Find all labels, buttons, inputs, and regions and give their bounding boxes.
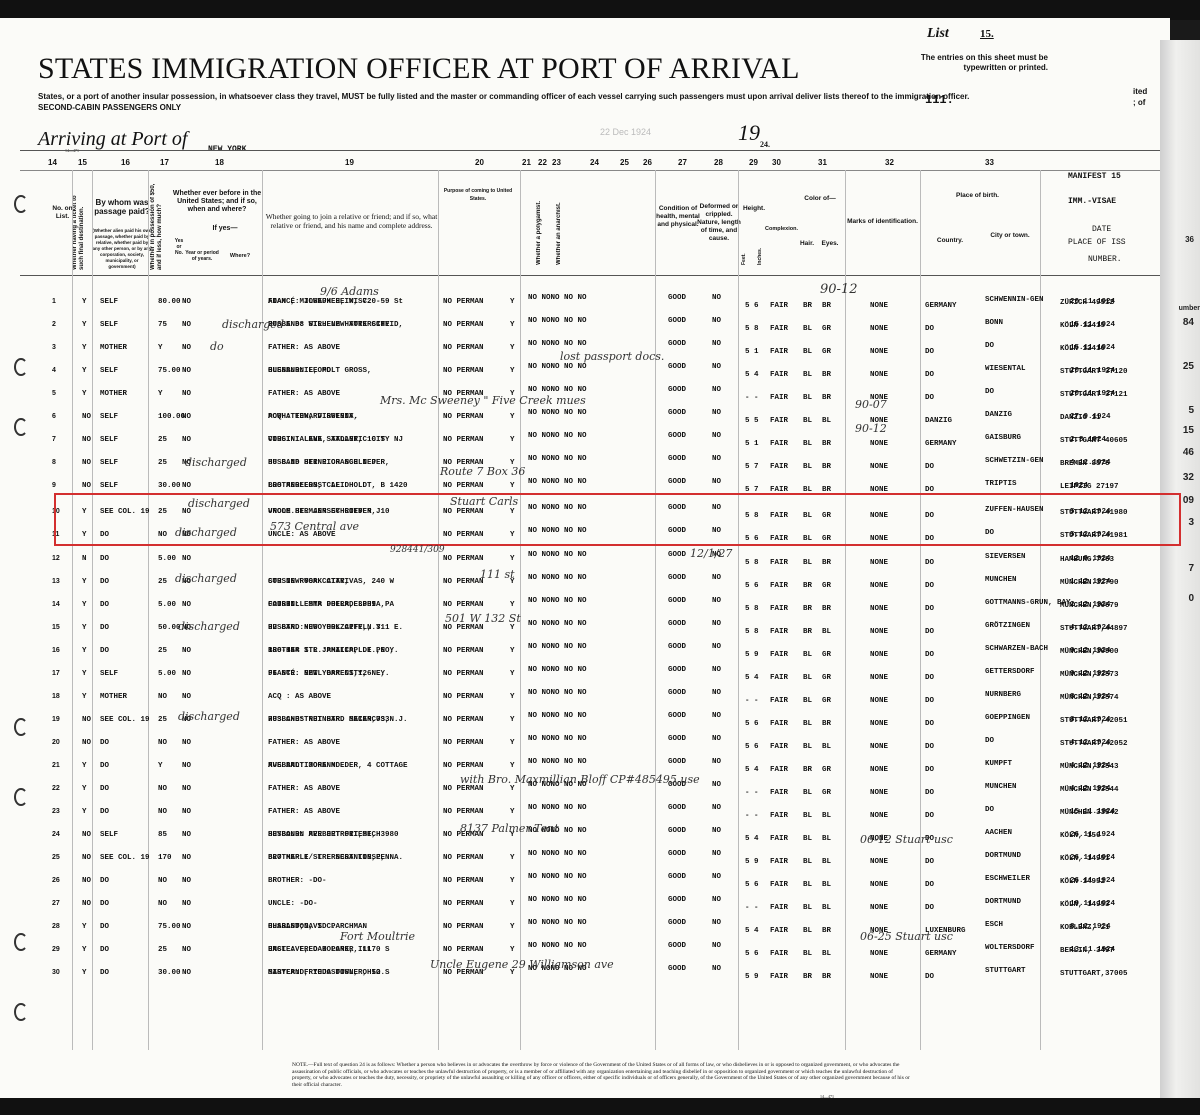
height-value: 5 9 — [745, 972, 759, 982]
money-value: 30.00 — [158, 481, 181, 491]
date-stamp: 22 Dec 1924 — [600, 127, 651, 137]
edge-number: 25 — [1183, 361, 1194, 372]
purpose-value: NO PERMAN — [443, 669, 484, 679]
relative-name: FATHER: AS ABOVE — [268, 389, 340, 399]
header-complexion: Complexion. — [765, 225, 793, 233]
deformed-value: NO — [712, 596, 721, 606]
ticket-value: Y — [82, 297, 87, 307]
row-number: 6 — [52, 412, 56, 422]
money-value: Y — [158, 343, 163, 353]
money-value: NO — [158, 807, 167, 817]
row-number: 27 — [52, 899, 60, 909]
footnote: NOTE.—Full text of question 24 is as fol… — [292, 1062, 912, 1088]
questions-21-26: NO NONO NO NO — [528, 431, 587, 441]
row-number: 16 — [52, 646, 60, 656]
handwritten-note: with Bro. Maxmillian Bloff CP#485495 use — [460, 773, 700, 786]
header-hair: Hair. — [795, 240, 819, 248]
ticket-value: Y — [82, 692, 87, 702]
previous-us-value: NO — [182, 692, 191, 702]
header-relative: Whether going to join a relative or frie… — [264, 212, 439, 230]
health-value: GOOD — [668, 550, 686, 560]
health-value: GOOD — [668, 803, 686, 813]
status-y: Y — [510, 899, 515, 909]
ticket-value: NO — [82, 481, 91, 491]
money-value: 170 — [158, 853, 172, 863]
header-birthplace: Place of birth. — [920, 192, 1035, 200]
money-value: 25 — [158, 577, 167, 587]
relative-address: CHARLSTON, S C. — [268, 922, 336, 932]
edge-number: 0 — [1188, 593, 1194, 604]
deformed-value: NO — [712, 362, 721, 372]
ticket-value: Y — [82, 669, 87, 679]
purpose-value: NO PERMAN — [443, 807, 484, 817]
health-value: GOOD — [668, 688, 686, 698]
previous-us-value: NO — [182, 876, 191, 886]
previous-us-value: NO — [182, 646, 191, 656]
relative-address: 136-144 STR JAMAICA,L.I.,N Y. — [268, 646, 399, 656]
entries-note: The entries on this sheet must be typewr… — [900, 53, 1048, 73]
header-eyes: Eyes. — [818, 240, 842, 248]
list-label: List — [927, 26, 949, 42]
table-row: 8NOSELF25NOHUSBAND HEINRICH SCHLIEPER,55… — [0, 448, 1160, 473]
edge-number: 15 — [1183, 425, 1194, 436]
header-marks: Marks of identification. — [845, 218, 920, 226]
health-value: GOOD — [668, 362, 686, 372]
status-y: Y — [510, 761, 515, 771]
handwritten-note: Uncle Eugene 29 Williamson ave — [430, 958, 614, 971]
col-num-23: 23 — [552, 158, 561, 167]
row-number: 25 — [52, 853, 60, 863]
previous-us-value: NO — [182, 435, 191, 445]
questions-21-26: NO NONO NO NO — [528, 941, 587, 951]
row-number: 1 — [52, 297, 56, 307]
row-number: 29 — [52, 945, 60, 955]
deformed-value: NO — [712, 477, 721, 487]
questions-21-26: NO NONO NO NO — [528, 316, 587, 326]
ticket-value: Y — [82, 646, 87, 656]
header-passage-paid-sub: (Whether alien paid his own passage, whe… — [92, 228, 152, 270]
status-y: Y — [510, 600, 515, 610]
header-country: Country. — [925, 237, 975, 245]
visa-place-label: PLACE OF ISS — [1068, 238, 1126, 247]
visa-place: MÜNCHEN.32790 — [1060, 578, 1119, 588]
relative-address: 733 CHESTNUT STR. SECANCUS,N.J. — [268, 715, 408, 725]
paid-by-value: SELF — [100, 320, 118, 330]
col-num-19: 19 — [345, 158, 354, 167]
hair-value: BR — [803, 972, 812, 982]
purpose-value: NO PERMAN — [443, 899, 484, 909]
header-year: Year or period of years. — [185, 250, 219, 262]
table-row: 14YDO5.00NOCOUSIN: EMMA DOERR, 3309FAIRH… — [0, 590, 1160, 615]
health-value: GOOD — [668, 454, 686, 464]
relative-address: ADAM , MILWAUKEE, WISC. — [268, 297, 372, 307]
relative-address: 527 MAPLE STR. SCRANTON,PENNA. — [268, 853, 403, 863]
birth-city: ESCHWEILER — [985, 874, 1030, 884]
health-value: GOOD — [668, 964, 686, 974]
status-y: Y — [510, 297, 515, 307]
questions-21-26: NO NONO NO NO — [528, 477, 587, 487]
previous-us-value: NO — [182, 481, 191, 491]
health-value: GOOD — [668, 895, 686, 905]
purpose-value: NO PERMAN — [443, 646, 484, 656]
visa-place: STUTTGART 40605 — [1060, 436, 1128, 446]
health-value: GOOD — [668, 665, 686, 675]
row-number: 4 — [52, 366, 56, 376]
previous-us-value: NO — [182, 366, 191, 376]
deformed-value: NO — [712, 642, 721, 652]
previous-us-value: NO — [182, 412, 191, 422]
purpose-value: NO PERMAN — [443, 715, 484, 725]
binder-hole — [14, 1003, 28, 1021]
visa-place: MÜNCHEN,30679 — [1060, 601, 1119, 611]
money-value: 25 — [158, 435, 167, 445]
money-value: 5.00 — [158, 600, 176, 610]
questions-21-26: NO NONO NO NO — [528, 642, 587, 652]
handwritten-note: 90-12 — [855, 422, 887, 435]
visa-place: BERLIN, 3497 — [1060, 946, 1114, 956]
birth-city: DO — [985, 736, 994, 746]
paid-by-value: SELF — [100, 458, 118, 468]
previous-us-value: NO — [182, 830, 191, 840]
header-ticket: Whether having a ticket to such final de… — [72, 180, 86, 270]
money-value: NO — [158, 876, 167, 886]
header-yes-no: Yes or No. — [172, 238, 186, 256]
money-value: 75.00 — [158, 366, 181, 376]
header-where: Where? — [225, 252, 255, 260]
table-row: 19NOSEE COL. 1925NOHUSBAND: REINHARD MAI… — [0, 705, 1160, 730]
paid-by-value: DO — [100, 577, 109, 587]
adjacent-page-strip: 84 25 5 15 46 32 09 3 7 0 36 umber — [1160, 40, 1200, 1115]
birth-city: GOTTMANNS-GRUN, BAY — [985, 598, 1071, 608]
visa-place: MÜNCHEN 33542 — [1060, 808, 1119, 818]
money-value: NO — [158, 899, 167, 909]
questions-21-26: NO NONO NO NO — [528, 757, 587, 767]
paid-by-value: SELF — [100, 412, 118, 422]
handwritten-note: 06-12 Stuart usc — [860, 833, 953, 846]
col-num-21: 21 — [522, 158, 531, 167]
relative-address: STR NEW YORK CITY, — [268, 577, 349, 587]
purpose-value: NO PERMAN — [443, 577, 484, 587]
questions-21-26: NO NONO NO NO — [528, 849, 587, 859]
birth-city: KUMPFT — [985, 759, 1012, 769]
row-number: 22 — [52, 784, 60, 794]
header-passage-paid: By whom was passage paid? — [92, 198, 152, 216]
ticket-value: Y — [82, 623, 87, 633]
status-y: Y — [510, 366, 515, 376]
ticket-value: Y — [82, 761, 87, 771]
row-number: 24 — [52, 830, 60, 840]
table-row: 20NODONONOFATHER: AS ABOVENO PERMANYNO N… — [0, 728, 1160, 753]
header-height: Height. — [739, 205, 769, 213]
handwritten-note: Route 7 Box 36 — [440, 465, 525, 478]
row-number: 5 — [52, 389, 56, 399]
relative-address: 206 E 88 STR. NEW YORK CITY — [268, 320, 390, 330]
purpose-value: NO PERMAN — [443, 412, 484, 422]
visa-place: KÖLN, 156 — [1060, 831, 1101, 841]
health-value: GOOD — [668, 573, 686, 583]
previous-us-value: NO — [182, 600, 191, 610]
col-num-18: 18 — [215, 158, 224, 167]
ticket-value: NO — [82, 715, 91, 725]
relative-address: 92 STR. NEW YORK CITY,N.Y. — [268, 623, 385, 633]
handwritten-note: Mrs. Mc Sweeney " Five Creek mues — [380, 394, 586, 407]
row-number: 30 — [52, 968, 60, 978]
col-num-14: 14 — [48, 158, 57, 167]
purpose-value: NO PERMAN — [443, 853, 484, 863]
relative-address: FAIRHILL STR PHILADELPHIA,PA — [268, 600, 394, 610]
header-deformed: Deformed or crippled. Nature, length of … — [695, 203, 743, 243]
purpose-value: NO PERMAN — [443, 435, 484, 445]
col-num-17: 17 — [160, 158, 169, 167]
deformed-value: NO — [712, 293, 721, 303]
previous-us-value: NO — [182, 761, 191, 771]
visa-place: STUTTGART 37120 — [1060, 367, 1128, 377]
table-row: 1YSELF80.00NOFIANCÉ: JOSEPH HEIM, 720-59… — [0, 287, 1160, 312]
header-purpose: Purpose of coming to United States. — [438, 187, 518, 203]
paid-by-value: DO — [100, 738, 109, 748]
health-value: GOOD — [668, 941, 686, 951]
col-num-16: 16 — [121, 158, 130, 167]
visa-place: BREMEN 8576 — [1060, 459, 1110, 469]
relative-address: LOS ANGELOS, CAL — [268, 481, 340, 491]
col-num-27: 27 — [678, 158, 687, 167]
questions-21-26: NO NONO NO NO — [528, 803, 587, 813]
questions-21-26: NO NONO NO NO — [528, 895, 587, 905]
health-value: GOOD — [668, 872, 686, 882]
handwritten-note: discharged — [222, 318, 284, 331]
previous-us-value: NO — [182, 968, 191, 978]
purpose-value: NO PERMAN — [443, 320, 484, 330]
handwritten-note: 9/6 Adams — [320, 285, 379, 298]
handwritten-note: discharged — [175, 572, 237, 585]
relative-name: ACQ : AS ABOVE — [268, 692, 331, 702]
arriving-label: Arriving at Port of — [38, 128, 187, 151]
paid-by-value: DO — [100, 968, 109, 978]
deformed-value: NO — [712, 918, 721, 928]
money-value: 25 — [158, 646, 167, 656]
col-num-32: 32 — [885, 158, 894, 167]
paid-by-value: MOTHER — [100, 389, 127, 399]
relative-address: VIRGINIA AVE, ATLANTIC CITY NJ — [268, 435, 403, 445]
visa-place: MÜNCHEN 33544 — [1060, 785, 1119, 795]
table-row: 28YDO75.00NOHUSBAND;DAVID PARCHMANCHARLS… — [0, 912, 1160, 937]
handwritten-note: 928441/309 — [390, 545, 445, 555]
visa-place: STUTTGART,42051 — [1060, 716, 1128, 726]
paid-by-value: SELF — [100, 435, 118, 445]
paid-by-value: DO — [100, 646, 109, 656]
visa-place: KÖLN 12415 — [1060, 321, 1105, 331]
handwritten-note: 501 W 132 St — [445, 612, 521, 625]
col-num-22: 22 — [538, 158, 547, 167]
handwritten-note: discharged — [185, 456, 247, 469]
status-y: Y — [510, 320, 515, 330]
birth-city: WIESENTAL — [985, 364, 1026, 374]
relative-address: EAST AVE, OAK PARK, ILL — [268, 945, 372, 955]
health-value: GOOD — [668, 757, 686, 767]
money-value: 100.00 — [158, 412, 185, 422]
relative-address: POWHATTEN, VIRGINIA. — [268, 412, 358, 422]
questions-21-26: NO NONO NO NO — [528, 293, 587, 303]
questions-21-26: NO NONO NO NO — [528, 550, 587, 560]
previous-us-value: NO — [182, 320, 191, 330]
ticket-value: Y — [82, 600, 87, 610]
ticket-value: NO — [82, 458, 91, 468]
deformed-value: NO — [712, 431, 721, 441]
status-y: Y — [510, 435, 515, 445]
col-num-33: 33 — [985, 158, 994, 167]
paid-by-value: SELF — [100, 830, 118, 840]
relative-address: SEYBOURN AVE DETROIT,MICH — [268, 830, 381, 840]
money-value: 75.00 — [158, 922, 181, 932]
ticket-value: Y — [82, 945, 87, 955]
money-value: 85 — [158, 830, 167, 840]
status-y: Y — [510, 715, 515, 725]
visa-place: MÜNCHEN,33543 — [1060, 762, 1119, 772]
birth-city: DO — [985, 805, 994, 815]
row-number: 8 — [52, 458, 56, 468]
row-number: 3 — [52, 343, 56, 353]
binder-hole — [14, 195, 28, 213]
row-number: 13 — [52, 577, 60, 587]
handwritten-note: lost passport docs. — [560, 350, 664, 363]
purpose-value: NO PERMAN — [443, 297, 484, 307]
money-value: 25 — [158, 458, 167, 468]
list-number: 15. — [980, 28, 994, 40]
handwritten-note: discharged — [178, 620, 240, 633]
deformed-value: NO — [712, 895, 721, 905]
ticket-value: Y — [82, 389, 87, 399]
paid-by-value: SEE COL. 19 — [100, 853, 150, 863]
row-number: 21 — [52, 761, 60, 771]
handwritten-note: discharged — [178, 710, 240, 723]
ticket-value: NO — [82, 876, 91, 886]
health-value: GOOD — [668, 734, 686, 744]
money-value: 75 — [158, 320, 167, 330]
visa-place: STUTTGART,42052 — [1060, 739, 1128, 749]
header-anarchist: Whether an anarchist. — [556, 195, 563, 265]
ticket-value: NO — [82, 435, 91, 445]
ticket-value: N — [82, 554, 87, 564]
col-num-26: 26 — [643, 158, 652, 167]
previous-us-value: NO — [182, 945, 191, 955]
visa-place: KÖLN, 14953 — [1060, 900, 1110, 910]
status-y: Y — [510, 945, 515, 955]
status-y: Y — [510, 646, 515, 656]
health-value: GOOD — [668, 385, 686, 395]
birth-city: AACHEN — [985, 828, 1012, 838]
deformed-value: NO — [712, 665, 721, 675]
col-num-31: 31 — [818, 158, 827, 167]
questions-21-26: NO NONO NO NO — [528, 872, 587, 882]
status-y: Y — [510, 876, 515, 886]
status-y: Y — [510, 481, 515, 491]
row-number: 19 — [52, 715, 60, 725]
rule — [20, 275, 1160, 276]
paid-by-value: DO — [100, 623, 109, 633]
birth-city: GAISBURG — [985, 433, 1021, 443]
paid-by-value: DO — [100, 554, 109, 564]
previous-us-value: NO — [182, 807, 191, 817]
edge-number: 3 — [1188, 517, 1194, 528]
birth-city: SCHWENNIN-GEN — [985, 295, 1044, 305]
visa-place: MÜNCHEN,30900 — [1060, 647, 1119, 657]
purpose-value: NO PERMAN — [443, 761, 484, 771]
deformed-value: NO — [712, 757, 721, 767]
handwritten-note: discharged — [175, 526, 237, 539]
deformed-value: NO — [712, 964, 721, 974]
relative-name: BROTHER: -DO- — [268, 876, 327, 886]
previous-us-value: NO — [182, 784, 191, 794]
row-number: 14 — [52, 600, 60, 610]
status-y: Y — [510, 412, 515, 422]
table-row: 13YDO25NOCOUSIN ROSA CATARIVAS, 240 WSTR… — [0, 567, 1160, 592]
year-prefix: 19 — [738, 120, 760, 146]
questions-21-26: NO NONO NO NO — [528, 596, 587, 606]
relative-address: MARYLAND, YOUGSTOWN, OHIO. — [268, 968, 385, 978]
col-num-30: 30 — [772, 158, 781, 167]
handwritten-note: 06-25 Stuart usc — [860, 930, 953, 943]
questions-21-26: NO NONO NO NO — [528, 619, 587, 629]
deformed-value: NO — [712, 408, 721, 418]
previous-us-value: NO — [182, 343, 191, 353]
visa-place: STUTTGART,37005 — [1060, 969, 1128, 979]
header-polygamist: Whether a polygamist. — [536, 195, 543, 265]
deformed-value: NO — [712, 454, 721, 464]
header-health: Condition of health, mental and physical… — [656, 205, 700, 229]
birth-city: DO — [985, 341, 994, 351]
handwritten-note: 90-07 — [855, 398, 887, 411]
money-value: Y — [158, 761, 163, 771]
health-value: GOOD — [668, 711, 686, 721]
birth-city: DO — [985, 387, 994, 397]
status-y: Y — [510, 554, 515, 564]
questions-21-26: NO NONO NO NO — [528, 408, 587, 418]
birth-city: GOEPPINGEN — [985, 713, 1030, 723]
money-value: 30.00 — [158, 968, 181, 978]
header-city: City or town. — [980, 232, 1040, 240]
status-y: Y — [510, 343, 515, 353]
handwritten-note: Stuart Carls — [450, 495, 518, 508]
birth-city: MUNCHEN — [985, 782, 1017, 792]
deformed-value: NO — [712, 734, 721, 744]
money-value: 5.00 — [158, 669, 176, 679]
scan-top-edge — [0, 0, 1200, 20]
previous-us-value: NO — [182, 554, 191, 564]
paid-by-value: DO — [100, 807, 109, 817]
visa-place: STUTTGART 37121 — [1060, 390, 1128, 400]
deformed-value: NO — [712, 872, 721, 882]
paid-by-value: SEE COL. 19 — [100, 715, 150, 725]
previous-us-value: NO — [182, 669, 191, 679]
money-value: NO — [158, 692, 167, 702]
previous-us-value: NO — [182, 899, 191, 909]
purpose-value: NO PERMAN — [443, 945, 484, 955]
health-value: GOOD — [668, 293, 686, 303]
row-number: 20 — [52, 738, 60, 748]
table-row: 27NODONONOUNCLE: -DO-NO PERMANYNO NONO N… — [0, 889, 1160, 914]
health-value: GOOD — [668, 339, 686, 349]
status-y: Y — [510, 692, 515, 702]
table-row: 26NODONONOBROTHER: -DO-NO PERMANYNO NONO… — [0, 866, 1160, 891]
handwritten-note: 111 st — [480, 568, 515, 581]
table-row: 24NOSELF85NOHUSBAND: HERBERT FRIESE, 398… — [0, 820, 1160, 845]
ticket-value: Y — [82, 807, 87, 817]
col-num-29: 29 — [749, 158, 758, 167]
status-y: Y — [510, 738, 515, 748]
purpose-value: NO PERMAN — [443, 366, 484, 376]
marks-value: NONE — [870, 972, 888, 982]
money-value: 80.00 — [158, 297, 181, 307]
